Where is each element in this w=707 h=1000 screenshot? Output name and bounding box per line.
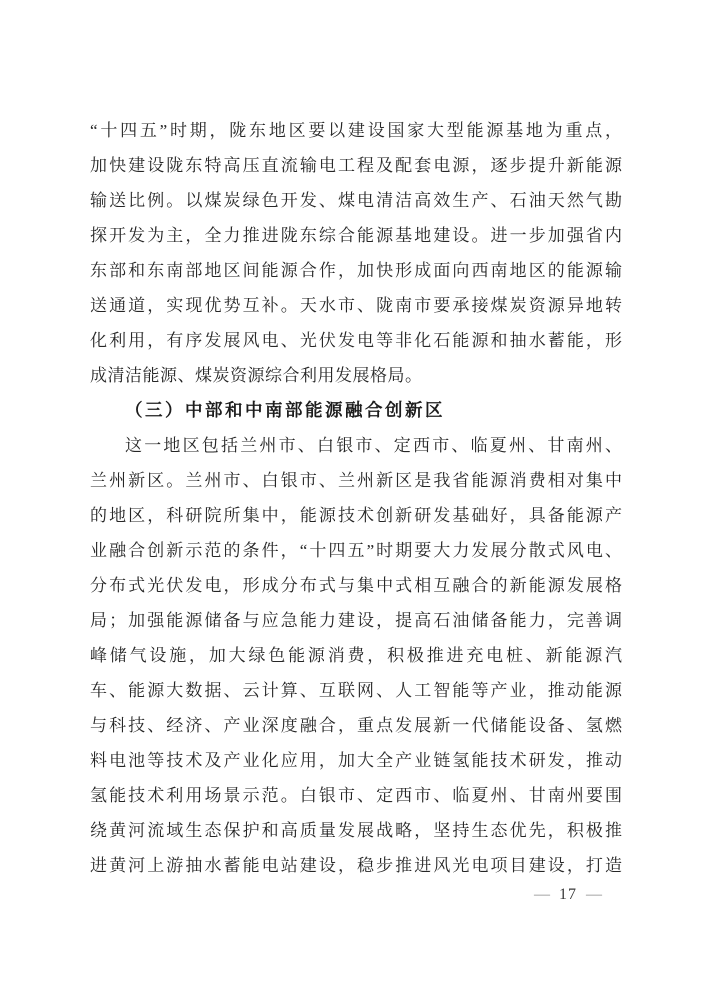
page-number-dash-left: — [534,886,550,903]
document-page: “十四五”时期，陇东地区要以建设国家大型能源基地为重点，加快建设陇东特高压直流输… [0,0,707,1000]
page-footer: —17— [90,884,622,906]
section-heading: （三）中部和中南部能源融合创新区 [90,393,622,428]
paragraph-1: “十四五”时期，陇东地区要以建设国家大型能源基地为重点，加快建设陇东特高压直流输… [90,113,622,393]
page-number: 17 [559,884,577,906]
text-line: 成清洁能源、煤炭资源综合利用发展格局。 [90,358,622,393]
text-line: 东部和东南部地区间能源合作，加快形成面向西南地区的能源输 [90,253,622,288]
text-line: 输送比例。以煤炭绿色开发、煤电清洁高效生产、石油天然气勘 [90,183,622,218]
text-line: 与科技、经济、产业深度融合，重点发展新一代储能设备、氢燃 [90,708,622,743]
text-line: 氢能技术利用场景示范。白银市、定西市、临夏州、甘南州要围 [90,778,622,813]
text-line: 绕黄河流域生态保护和高质量发展战略，坚持生态优先，积极推 [90,813,622,848]
text-line: 探开发为主，全力推进陇东综合能源基地建设。进一步加强省内 [90,218,622,253]
text-line: 送通道，实现优势互补。天水市、陇南市要承接煤炭资源异地转 [90,288,622,323]
text-line: “十四五”时期，陇东地区要以建设国家大型能源基地为重点， [90,113,622,148]
text-line: 进黄河上游抽水蓄能电站建设，稳步推进风光电项目建设，打造 [90,848,622,883]
text-line: 化利用，有序发展风电、光伏发电等非化石能源和抽水蓄能，形 [90,323,622,358]
text-line: 车、能源大数据、云计算、互联网、人工智能等产业，推动能源 [90,673,622,708]
text-line: 的地区，科研院所集中，能源技术创新研发基础好，具备能源产 [90,498,622,533]
paragraph-2: 这一地区包括兰州市、白银市、定西市、临夏州、甘南州、兰州新区。兰州市、白银市、兰… [90,428,622,883]
text-line: 加快建设陇东特高压直流输电工程及配套电源，逐步提升新能源 [90,148,622,183]
text-line: 业融合创新示范的条件，“十四五”时期要大力发展分散式风电、 [90,533,622,568]
text-line: 料电池等技术及产业化应用，加大全产业链氢能技术研发，推动 [90,743,622,778]
text-line: 兰州新区。兰州市、白银市、兰州新区是我省能源消费相对集中 [90,463,622,498]
document-body: “十四五”时期，陇东地区要以建设国家大型能源基地为重点，加快建设陇东特高压直流输… [90,113,622,883]
page-number-dash-right: — [586,886,602,903]
text-line: 分布式光伏发电，形成分布式与集中式相互融合的新能源发展格 [90,568,622,603]
text-line: 这一地区包括兰州市、白银市、定西市、临夏州、甘南州、 [90,428,622,463]
text-line: 峰储气设施，加大绿色能源消费，积极推进充电桩、新能源汽 [90,638,622,673]
text-line: 局；加强能源储备与应急能力建设，提高石油储备能力，完善调 [90,603,622,638]
